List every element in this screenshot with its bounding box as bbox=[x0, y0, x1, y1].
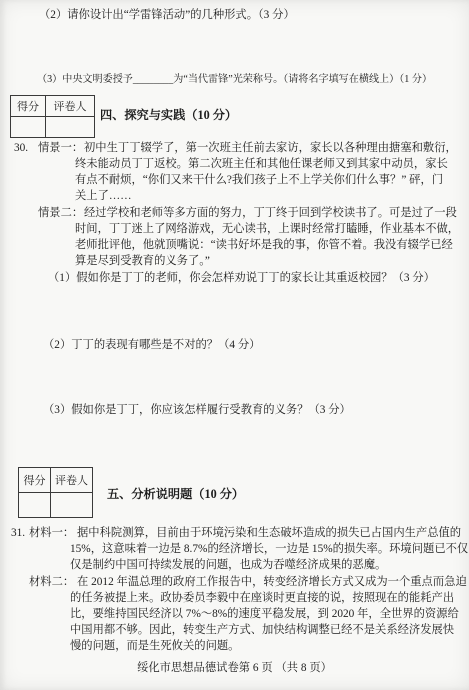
grader-label: 评卷人 bbox=[46, 96, 95, 117]
score-label: 得分 bbox=[19, 468, 51, 493]
question-30-sub1: （1）假如你是丁丁的老师，你会怎样劝说丁丁的家长让其重返校园？（3 分） bbox=[48, 272, 435, 285]
scene1-line: 关上了…… bbox=[75, 190, 132, 203]
material1-label: 材料一： bbox=[29, 527, 74, 540]
scene2-line: 时间，丁丁迷上了网络游戏，无心读书，上课时经常打瞌睡，作业基本不做， bbox=[75, 223, 459, 236]
scene1-line: 终未能动员丁丁返校。第二次班主任和其他任课老师又到其家中动员，家长 bbox=[75, 158, 448, 171]
scene2-label: 情景二： bbox=[38, 207, 83, 220]
scene1-line: 初中生丁丁辍学了，第一次班主任前去家访，家长以各种理由搪塞和敷衍， bbox=[84, 142, 457, 155]
scene1-line: 有点不耐烦，“你们又来干什么?我们孩子上不上学关你们什么事？” 砰，门 bbox=[75, 174, 443, 187]
scene2-line: 老师批评他，他就顶嘴说：“读书好坏是我的事，你管不着。我没有辍学已经 bbox=[75, 239, 453, 252]
material2-line: 在 2012 年温总理的政府工作报告中，转变经济增长方式又成为一个重点而急迫 bbox=[77, 576, 467, 589]
score-label: 得分 bbox=[11, 96, 46, 117]
material2-line: 比，要维持国民经济以 7%～8%的速度平稳发展，到 2020 年，全世界的资源给 bbox=[70, 608, 459, 621]
material2-line: 慢的问题，而是生死攸关的问题。 bbox=[70, 640, 239, 653]
scene1-label: 情景一： bbox=[38, 142, 83, 155]
question-30-sub3: （3）假如你是丁丁，你应该怎样履行受教育的义务？（3 分） bbox=[43, 404, 351, 417]
question-3-fill-blank-line: （3）中央文明委授予________为“当代雷锋”光荣称号。（请将名字填写在横线… bbox=[37, 73, 432, 86]
score-table-section4: 得分 评卷人 bbox=[10, 95, 95, 138]
material1-line: 据中科院测算，目前由于环境污染和生态破坏造成的损失已占国内生产总值的 bbox=[77, 527, 461, 540]
section4-heading: 四、探究与实践（10 分） bbox=[100, 108, 237, 122]
score-table-section5: 得分 评卷人 bbox=[18, 467, 93, 518]
question-2-line: （2）请你设计出“学雷锋活动”的几种形式。（3 分） bbox=[39, 9, 295, 22]
scene2-line: 经过学校和老师等多方面的努力，丁丁终于回到学校读书了。可是过了一段 bbox=[84, 207, 457, 220]
material2-line: 中国用都不够。因此，转变生产方式、加快结构调整已经不是关系经济发展快 bbox=[70, 624, 454, 637]
grader-label: 评卷人 bbox=[51, 468, 93, 493]
question-31-number: 31. bbox=[11, 527, 25, 540]
section5-heading: 五、分析说明题（10 分） bbox=[107, 487, 244, 501]
scene2-line: 算是尽到受教育的义务了。” bbox=[75, 255, 210, 268]
grader-entry-cell bbox=[46, 117, 95, 138]
exam-paper-page: （2）请你设计出“学雷锋活动”的几种形式。（3 分） （3）中央文明委授予___… bbox=[0, 0, 469, 690]
score-entry-cell bbox=[19, 493, 51, 518]
question-30-sub2: （2）丁丁的表现有哪些是不对的？（4 分） bbox=[43, 339, 260, 352]
page-footer: 绥化市思想品德试卷第 6 页 （共 8 页） bbox=[0, 659, 469, 675]
score-entry-cell bbox=[11, 117, 46, 138]
material1-line: 仅是制约中国可持续发展的问题，也成为吞噬经济成果的恶魔。 bbox=[70, 559, 386, 572]
material1-line: 15%，这意味着一边是 8.7%的经济增长，一边是 15%的损失率。环境问题已不… bbox=[70, 543, 468, 556]
material2-line: 的任务被提上来。政协委员李毅中在座谈时更直接的说，按照现在的能耗产出 bbox=[70, 592, 454, 605]
question-30-number: 30. bbox=[14, 142, 28, 155]
material2-label: 材料二： bbox=[29, 576, 74, 589]
grader-entry-cell bbox=[51, 493, 93, 518]
